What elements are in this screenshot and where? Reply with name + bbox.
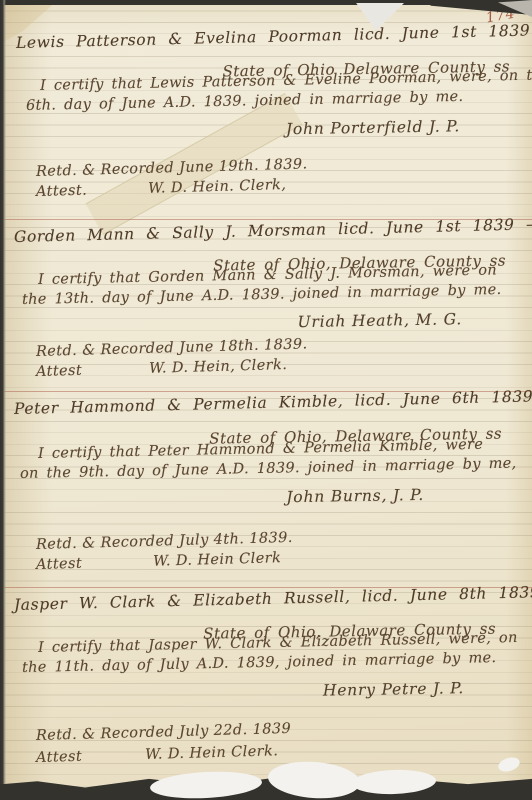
entry-2-clerk-signature: W. D. Hein, Clerk. bbox=[149, 357, 288, 377]
entry-4-attest-line: Attest W. D. Hein Clerk. bbox=[36, 743, 279, 766]
entry-1-attest-label: Attest. bbox=[36, 183, 88, 200]
ledger-page: 174 Lewis Patterson & Evelina Poorman li… bbox=[0, 0, 532, 800]
entry-3-officiant-signature: John Burns, J. P. bbox=[0, 484, 532, 511]
entry-1-head: Lewis Patterson & Evelina Poorman licd. … bbox=[16, 21, 532, 52]
entry-2-attest-label: Attest bbox=[36, 363, 83, 380]
entry-2-attest-line: Attest W. D. Hein, Clerk. bbox=[36, 357, 288, 380]
book-edge-left bbox=[0, 0, 6, 800]
entry-3-attest-label: Attest bbox=[36, 556, 83, 573]
entry-4-officiant-signature: Henry Petre J. P. bbox=[0, 678, 532, 705]
entry-4-attest-label: Attest bbox=[36, 749, 83, 766]
entry-4-recorded-line: Retd. & Recorded July 22d. 1839 bbox=[36, 721, 292, 744]
entry-3-recorded-line: Retd. & Recorded July 4th. 1839. bbox=[36, 530, 293, 553]
entry-2-recorded-line: Retd. & Recorded June 18th. 1839. bbox=[36, 336, 308, 360]
entry-4-clerk-signature: W. D. Hein Clerk. bbox=[145, 743, 279, 763]
scanned-ledger-photo: { "document": { "page_number": "174", "c… bbox=[0, 0, 532, 800]
entry-2-officiant-signature: Uriah Heath, M. G. bbox=[0, 309, 532, 336]
entry-3-attest-line: Attest W. D. Hein Clerk bbox=[36, 550, 282, 573]
entry-3-clerk-signature: W. D. Hein Clerk bbox=[153, 550, 282, 570]
entry-1-clerk-signature: W. D. Hein. Clerk, bbox=[148, 177, 287, 197]
